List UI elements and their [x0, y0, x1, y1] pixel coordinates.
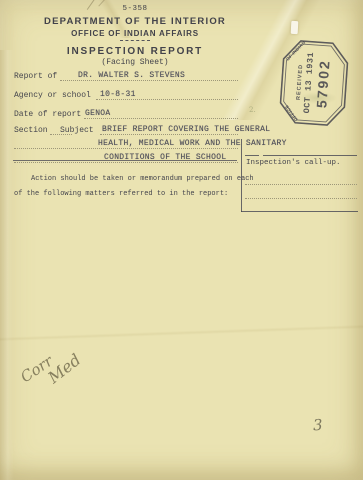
received-date-stamp: OFFICE OF INDIAN RECEIVED OCT 13 1931 57… [278, 39, 350, 127]
callup-box-top-border [245, 155, 259, 156]
form-header: 5-358 DEPARTMENT OF THE INTERIOR OFFICE … [13, 5, 257, 67]
callup-box-top-border [263, 155, 357, 156]
department-title: DEPARTMENT OF THE INTERIOR [13, 16, 257, 27]
subject-line-1: BRIEF REPORT COVERING THE GENERAL [102, 125, 270, 134]
field-report-of: Report of DR. WALTER S. STEVENS [14, 70, 238, 81]
faint-pencil-mark: 2. [249, 106, 256, 114]
callup-box-left-border [241, 139, 242, 212]
field-label: Section [14, 126, 48, 135]
stamp-edge-text: OFFICE [284, 104, 299, 122]
dotted-leader [100, 134, 238, 135]
instructions-paragraph: Action should be taken or memorandum pre… [14, 172, 248, 202]
dotted-leader [84, 118, 238, 119]
instructions-line-2: of the following matters referred to in … [14, 187, 248, 202]
subject-continuation: HEALTH, MEDICAL WORK AND THE SANITARY [14, 138, 238, 149]
field-date-of-report: Date of report GENOA [14, 108, 238, 119]
field-section-subject: Section Subject BRIEF REPORT COVERING TH… [14, 124, 238, 135]
form-number: 5-358 [13, 5, 257, 13]
callup-dotted-line [245, 184, 357, 185]
dotted-leader [14, 162, 238, 163]
stamp-text: OFFICE OF INDIAN RECEIVED OCT 13 1931 57… [278, 39, 350, 127]
report-title: INSPECTION REPORT [13, 46, 257, 57]
office-subtitle: OFFICE OF INDIAN AFFAIRS [13, 29, 257, 38]
field-label: Date of report [14, 110, 81, 119]
handwritten-pencil-note: Corr Med [18, 338, 85, 400]
dotted-leader [96, 99, 238, 100]
field-value: GENOA [85, 109, 111, 118]
dotted-leader [14, 148, 238, 149]
callup-dotted-line [245, 198, 357, 199]
document-page: 5-358 DEPARTMENT OF THE INTERIOR OFFICE … [0, 0, 363, 480]
paper-crease [0, 50, 14, 480]
field-label: Report of [14, 72, 57, 81]
subject-line-2: HEALTH, MEDICAL WORK AND THE SANITARY [98, 139, 287, 148]
callup-box-bottom-border [241, 211, 358, 212]
faint-smudge [299, 92, 337, 104]
paper-tear-spot [291, 21, 299, 34]
field-value: 10-8-31 [100, 90, 136, 99]
callup-label: Inspection's call-up. [246, 159, 341, 167]
field-agency-or-school: Agency or school 10-8-31 [14, 89, 238, 100]
subject-continuation: CONDITIONS OF THE SCHOOL [14, 152, 238, 163]
divider-rule [120, 40, 150, 41]
field-label: Subject [60, 126, 94, 135]
instructions-line-1: Action should be taken or memorandum pre… [14, 172, 248, 187]
stamp-edge-text: OF INDIAN [285, 40, 306, 62]
dotted-leader [60, 80, 238, 81]
paper-crease [0, 318, 363, 348]
handwritten-page-number: 3 [312, 416, 323, 435]
report-subtitle: (Facing Sheet) [13, 58, 257, 67]
field-label: Agency or school [14, 91, 91, 100]
section-end-rule [13, 160, 237, 161]
field-value: DR. WALTER S. STEVENS [78, 71, 185, 80]
